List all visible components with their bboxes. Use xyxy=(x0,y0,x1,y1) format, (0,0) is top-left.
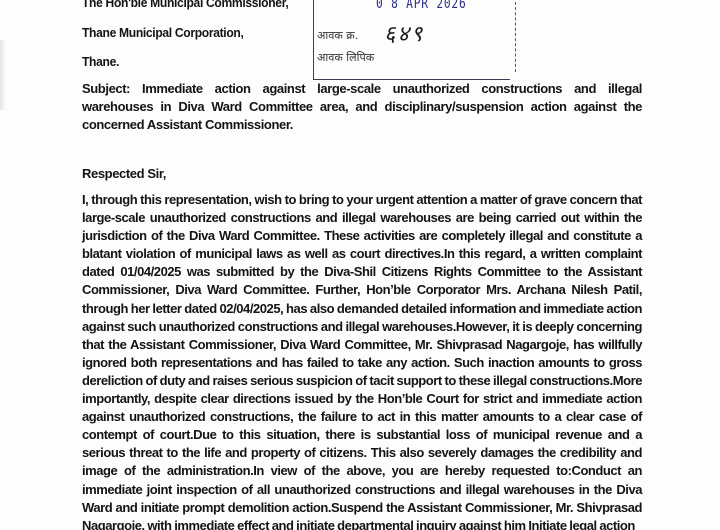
stamp-inward-number-handwritten: ६४९ xyxy=(384,18,424,48)
scan-edge-shadow xyxy=(0,40,6,110)
letter-body: I, through this representation, wish to … xyxy=(82,191,642,530)
scanned-letter-page: The Hon'ble Municipal Commissioner, Than… xyxy=(0,0,720,530)
stamp-date: 0 8 APR 2026 xyxy=(376,0,467,12)
addressee-line-1: The Hon'ble Municipal Commissioner, xyxy=(82,0,288,10)
inward-receipt-stamp: 0 8 APR 2026 आवक क्र. ६४९ आवक लिपिक xyxy=(313,0,510,80)
letter-salutation: Respected Sir, xyxy=(82,166,166,181)
addressee-line-2: Thane Municipal Corporation, xyxy=(82,25,244,40)
letter-subject: Subject: Immediate action against large-… xyxy=(82,80,642,134)
addressee-line-3: Thane. xyxy=(82,54,119,69)
stamp-inward-number-label: आवक क्र. xyxy=(317,28,358,43)
stamp-clerk-label: आवक लिपिक xyxy=(317,50,374,65)
